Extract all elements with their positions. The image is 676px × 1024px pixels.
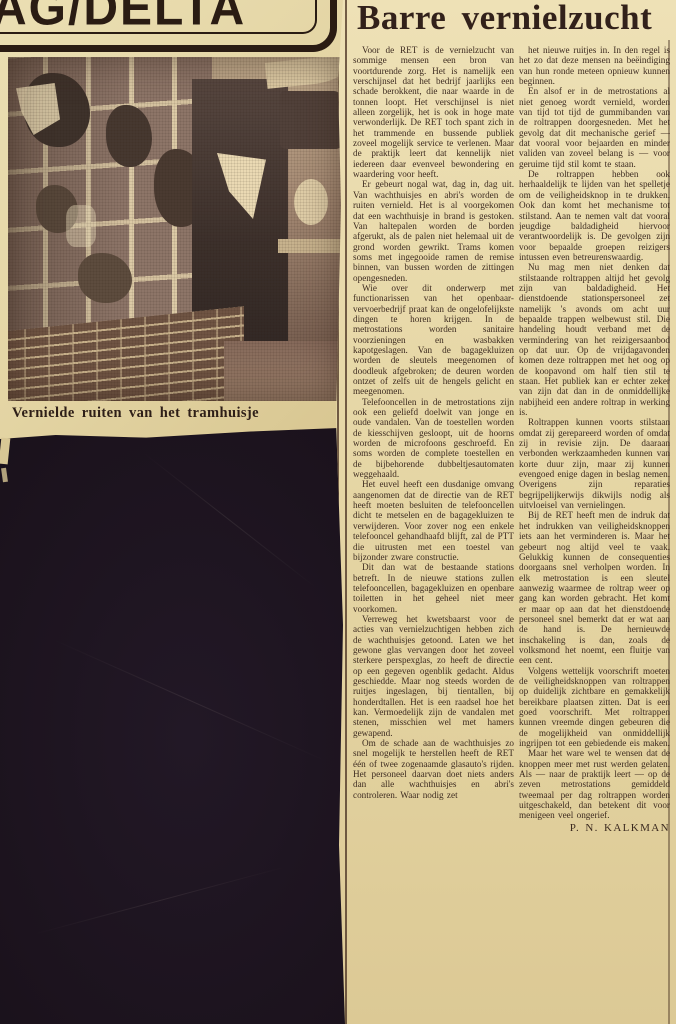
article-paragraph: De roltrappen hebben ook herhaaldelijk t… (519, 169, 670, 262)
newspaper-masthead: AG/DELTA (0, 0, 348, 56)
article-paragraph: Om de schade aan de wachthuisjes zo snel… (353, 738, 514, 800)
article-paragraph: Verreweg het kwetsbaarst voor de acties … (353, 614, 514, 738)
tram-shelter-photo (8, 57, 342, 401)
article-paragraph: Dit dan wat de bestaande stations betref… (353, 562, 514, 614)
photo-caption: Vernielde ruiten van het tramhuisje (12, 405, 342, 422)
article-paragraph: Het euvel heeft een dusdanige omvang aan… (353, 479, 514, 562)
masthead-title: AG/DELTA (0, 0, 246, 37)
article-paragraph: Maar het ware wel te wensen dat de knopp… (519, 748, 670, 820)
article-paragraph: Nu mag men niet denken dat stilstaande r… (519, 262, 670, 417)
article-paragraph: Roltrappen kunnen voorts stilstaan omdat… (519, 417, 670, 510)
scratch-line (53, 639, 327, 762)
article-paragraph: Wie over dit onderwerp met functionariss… (353, 283, 514, 397)
article-paragraph: Volgens wettelijk voorschrift moeten de … (519, 666, 670, 749)
article-clipping: Barre vernielzucht Voor de RET is de ver… (332, 0, 676, 1024)
torn-paper-sliver (1, 468, 8, 483)
scrapbook-page: AG/DELTA Vernielde ruiten van het tramh (0, 0, 676, 1024)
article-title: Barre vernielzucht (357, 0, 669, 39)
article-column-2-text: het nieuwe ruitjes in. In den regel is h… (519, 45, 670, 821)
article-paragraph: Telefooncellen in de metrostations zijn … (353, 397, 514, 480)
article-column-2: het nieuwe ruitjes in. In den regel is h… (519, 45, 670, 1023)
photo-vignette (8, 57, 342, 401)
photo-clipping: AG/DELTA Vernielde ruiten van het tramh (0, 0, 348, 439)
scratch-line (34, 866, 285, 934)
article-paragraph: het nieuwe ruitjes in. In den regel is h… (519, 45, 670, 86)
article-paragraph: Bij de RET heeft men de indruk dat het i… (519, 510, 670, 665)
column-rule-left (345, 0, 347, 1024)
article-paragraph: Er gebeurt nogal wat, dag in, dag uit. V… (353, 179, 514, 282)
scratch-line (143, 452, 317, 588)
article-byline: P. N. KALKMAN (519, 823, 670, 833)
article-column-1: Voor de RET is de vernielzucht van sommi… (353, 45, 514, 1023)
article-paragraph: Voor de RET is de vernielzucht van sommi… (353, 45, 514, 179)
torn-paper-sliver (0, 438, 10, 465)
article-paragraph: En alsof er in de metrostations al niet … (519, 86, 670, 169)
